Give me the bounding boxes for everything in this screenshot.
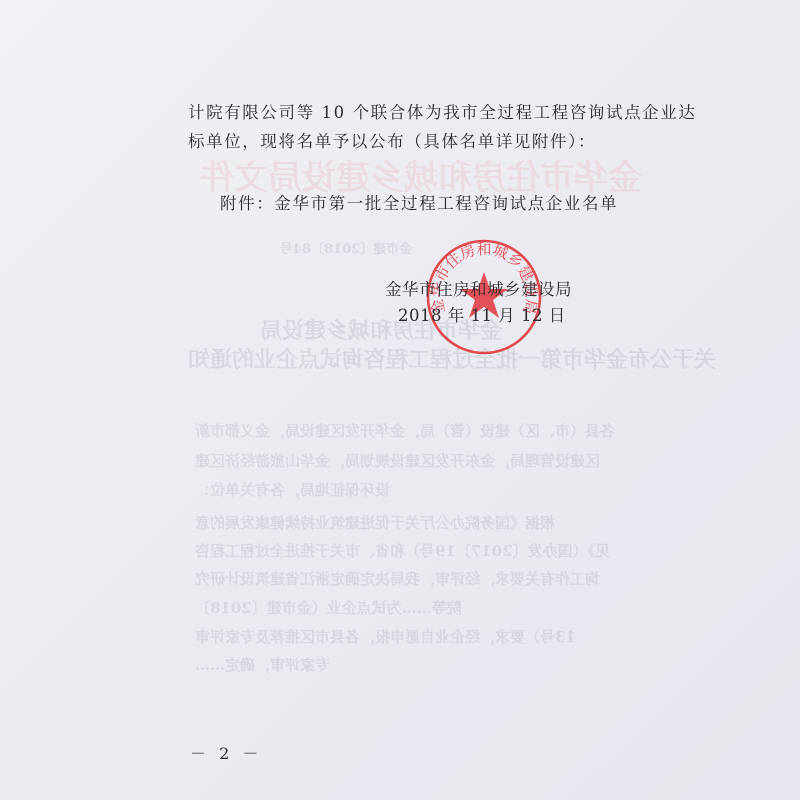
signature-org: 金华市住房和城乡建设局 (385, 276, 572, 300)
bleed-through-paragraph: 设环保征地局，各有关单位： (195, 479, 390, 500)
attachment-line: 附件：金华市第一批全过程工程咨询试点企业名单 (220, 190, 618, 214)
bleed-through-doc-number: 金市建〔2018〕84号 (280, 238, 412, 257)
bleed-through-paragraph: 见》（国办发〔2017〕19号）和省、市关于推进全过程工程咨 (195, 540, 610, 561)
body-line-2: 标单位，现将名单予以公布（具体名单详见附件）： (188, 128, 596, 152)
bleed-through-paragraph: 根据《国务院办公厅关于促进建筑业持续健康发展的意 (195, 512, 555, 533)
document-date: 2018 年 11 月 12 日 (398, 302, 566, 326)
bleed-through-paragraph: 询工作有关要求，经评审，我局决定确定浙江省建筑设计研究 (195, 568, 600, 589)
bleed-through-paragraph: 各县（市、区）建设（管）局，金华开发区建设局，金义都市新 (195, 420, 615, 441)
bleed-through-paragraph: 13号）要求，经企业自愿申报，各县市区推荐及专家评审 (195, 626, 576, 647)
body-line-1: 计院有限公司等 10 个联合体为我市全过程工程咨询试点企业达 (188, 99, 697, 123)
bleed-through-paragraph: 院等……为试点企业（金市建〔2018〕 (195, 597, 462, 618)
bleed-through-paragraph: 区建设管理局，金东开发区建设规划局，金华山旅游经济区建 (195, 450, 600, 471)
page-number: － 2 － (190, 741, 262, 764)
bleed-through-paragraph: 专家评审，确定…… (195, 654, 330, 675)
document-page: 金华市住房和城乡建设局文件 金市建〔2018〕84号 金华市住房和城乡建设局 关… (0, 0, 800, 800)
